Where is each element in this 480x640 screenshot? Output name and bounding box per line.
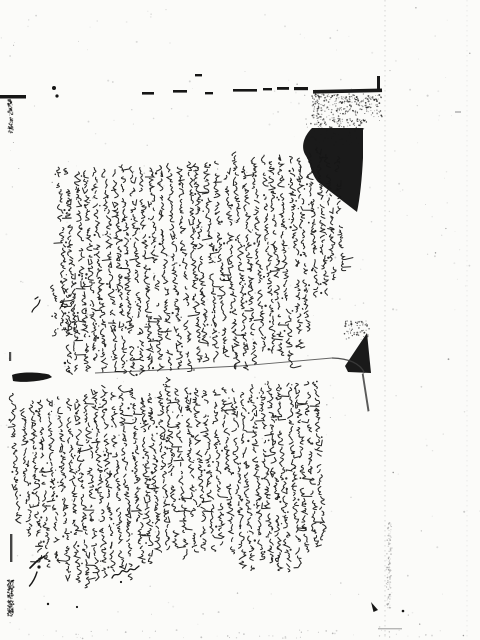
comma-mark — [30, 572, 38, 586]
fold-grain-streak — [386, 522, 393, 609]
ink-dot — [55, 94, 58, 97]
ink-smudge — [12, 373, 52, 382]
arrow-ink-mark — [371, 602, 378, 612]
film-frame-dash — [0, 95, 26, 99]
upper-page-text-block — [50, 146, 359, 380]
edge-speck — [455, 111, 461, 113]
film-frame-dash — [294, 87, 308, 90]
ink-dot — [37, 565, 40, 568]
film-frame-dash — [173, 90, 187, 93]
film-frame-dash — [205, 92, 213, 94]
ink-dot — [76, 606, 78, 608]
gutter-shadow-top — [303, 76, 383, 212]
scan-canvas — [0, 0, 480, 640]
film-frame-dash-tail — [7, 99, 14, 134]
lower-page-text-block — [6, 369, 330, 592]
bottom-faint-dash — [378, 628, 402, 629]
bottom-edge-noise — [28, 629, 441, 639]
film-frame-dash — [142, 92, 154, 95]
film-frame-dash — [195, 74, 202, 76]
film-frame-dash — [277, 87, 289, 90]
manuscript-scan-page — [0, 0, 480, 640]
ink-tick — [9, 352, 11, 361]
left-margin-dash-thick — [7, 579, 15, 616]
ink-dot — [52, 86, 56, 90]
film-frame-dash — [233, 89, 257, 92]
ink-dot — [120, 581, 122, 583]
page-edge-lines — [95, 358, 370, 412]
ink-dot — [47, 603, 49, 605]
ink-dot — [402, 610, 405, 613]
film-frame-dash — [263, 88, 272, 90]
stray-ink-mark — [32, 297, 40, 312]
left-margin-dash-thin — [10, 534, 12, 562]
